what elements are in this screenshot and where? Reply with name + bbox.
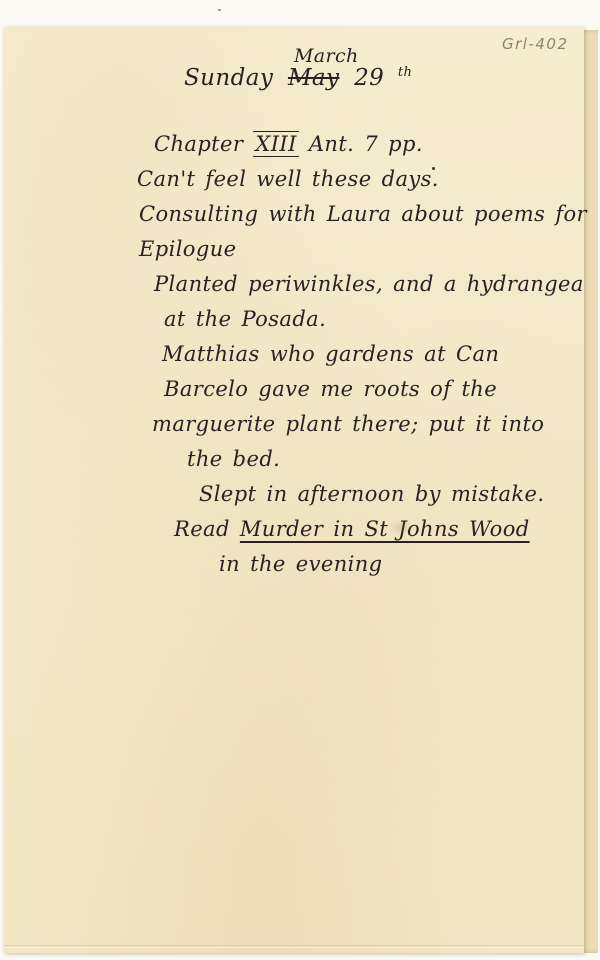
diary-page: Grl-402 Sunday May March 29 th Chapter X… (4, 27, 584, 953)
inserted-month: March (294, 45, 359, 67)
diary-text: Matthias who gardens at Can (162, 342, 499, 366)
diary-text: Read (174, 517, 240, 541)
diary-text: at the Posada. (164, 307, 326, 331)
paper-stain (389, 519, 413, 535)
diary-line: Matthias who gardens at Can (162, 337, 573, 372)
diary-text: Chapter (154, 132, 253, 156)
diary-text: Slept in afternoon by mistake. (199, 482, 544, 506)
month-correction: May March (288, 65, 339, 91)
diary-text: Epilogue (139, 237, 236, 261)
diary-line: at the Posada. (164, 302, 573, 337)
diary-text: Ant. 7 pp. (299, 132, 423, 156)
diary-text: Barcelo gave me roots of the (164, 377, 497, 401)
diary-text-overline-underline: XIII (253, 131, 298, 157)
diary-line: marguerite plant there; put it into (152, 407, 573, 442)
diary-line: Slept in afternoon by mistake. (199, 477, 573, 512)
diary-line: Can't feel well these days. (137, 162, 573, 197)
diary-line: Consulting with Laura about poems for (139, 197, 573, 232)
heading-ordinal-suffix: th (398, 65, 412, 80)
heading-day-number: 29 (354, 65, 384, 91)
diary-line: Epilogue (139, 232, 573, 267)
diary-line: Barcelo gave me roots of the (164, 372, 573, 407)
diary-line: in the evening (219, 547, 573, 582)
diary-line: the bed. (187, 442, 573, 477)
diary-line: Read Murder in St Johns Wood (174, 512, 573, 547)
diary-line: Chapter XIII Ant. 7 pp. (154, 127, 573, 162)
entry-date-heading: Sunday May March 29 th (184, 65, 412, 91)
diary-text: the bed. (187, 447, 280, 471)
archive-mark: Grl-402 (502, 35, 569, 53)
diary-text: marguerite plant there; put it into (152, 412, 544, 436)
diary-text: Planted periwinkles, and a hydrangea (154, 272, 584, 296)
ink-speck (218, 9, 221, 11)
diary-lines: Chapter XIII Ant. 7 pp.Can't feel well t… (133, 127, 573, 582)
diary-text: in the evening (219, 552, 383, 576)
diary-text-underline: Murder in St Johns Wood (240, 517, 530, 541)
heading-day: Sunday (184, 65, 273, 91)
diary-line: Planted periwinkles, and a hydrangea (154, 267, 573, 302)
struck-month: May (288, 65, 339, 91)
diary-text: Consulting with Laura about poems for (139, 202, 587, 226)
ink-speck (432, 167, 435, 170)
diary-text: Can't feel well these days. (137, 167, 439, 191)
